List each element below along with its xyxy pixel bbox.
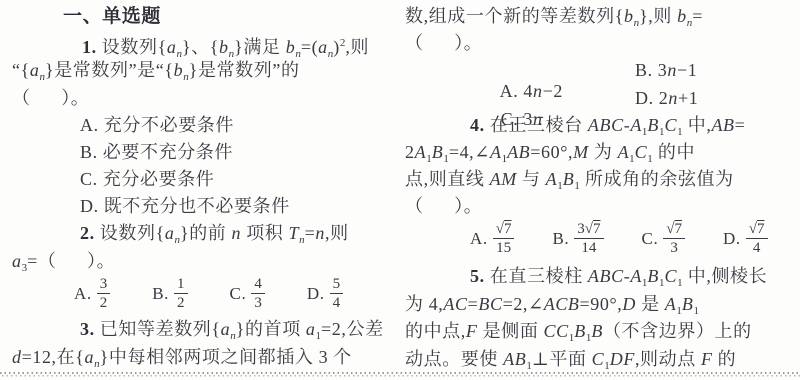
q1-option-a: A. 充分不必要条件 [80,115,234,136]
q2-options-row: A. 3 2 B. 1 2 C. 4 3 [74,276,343,311]
fraction: √7 3 [663,221,685,256]
q4-option-c: C. √7 3 [642,221,686,256]
q1-option-c: C. 充分必要条件 [80,169,214,190]
q2-text-line2: a3=（ ）。 [12,251,115,279]
q4-text-line3: 点,则直线 AM 与 A1B1 所成角的余弦值为 [405,169,734,197]
option-label: C. [230,283,247,304]
q4-text-line1: 4. 在正三棱台 ABC-A1B1C1 中,AB= [470,115,745,143]
fraction: 1 2 [174,276,188,311]
q2-option-c: C. 4 3 [230,276,265,311]
q3-text-line3: 数,组成一个新的等差数列{bn},则 bn= [405,6,703,34]
q5-text-line2: 为 4,AC=BC=2,∠ACB=90°,D 是 A1B1 [405,294,699,322]
dotted-divider [0,372,800,377]
q1-option-b: B. 必要不充分条件 [80,142,233,163]
exam-paper-scan: 一、单选题 1. 设数列{an}、{bn}满足 bn=(an)2,则 “{an}… [0,0,800,380]
fraction-denominator: 4 [333,294,341,311]
q2-text-line1: 2. 设数列{an}的前 n 项积 Tn=n,则 [80,223,349,251]
q4-option-b: B. 3√7 14 [552,221,603,256]
q4-text-line2: 2A1B1=4,∠A1AB=60°,M 为 A1C1 的中 [405,142,695,170]
fraction-numerator: 5 [330,276,344,294]
fraction-denominator: 14 [581,239,596,256]
fraction-denominator: 2 [177,294,185,311]
q2-option-b: B. 1 2 [152,276,187,311]
fraction: √7 4 [746,221,768,256]
q2-option-a: A. 3 2 [74,276,110,311]
left-column: 一、单选题 1. 设数列{an}、{bn}满足 bn=(an)2,则 “{an}… [12,0,397,372]
option-label: C. [642,228,659,249]
q5-text-line3: 的中点,F 是侧面 CC1B1B（不含边界）上的 [405,321,752,349]
fraction-numerator: 3 [97,276,111,294]
q1-option-d: D. 既不充分也不必要条件 [80,196,290,217]
q5-text-line1: 5. 在直三棱柱 ABC-A1B1C1 中,侧棱长 [470,266,767,294]
fraction-numerator: 1 [174,276,188,294]
fraction-denominator: 3 [670,239,678,256]
q1-text-line2: “{an}是常数列”是“{bn}是常数列”的 [12,60,300,88]
fraction-numerator: 3√7 [574,221,603,239]
right-column: 数,组成一个新的等差数列{bn},则 bn= （ ）。 A. 4n−2 B. 3… [405,0,796,372]
fraction-denominator: 2 [100,294,108,311]
fraction: √7 15 [493,221,515,256]
fraction-denominator: 15 [496,239,511,256]
q4-options-row: A. √7 15 B. 3√7 14 C. √7 3 [470,221,768,256]
fraction-denominator: 3 [254,294,262,311]
q2-option-d: D. 5 4 [307,276,343,311]
q3-text-line1: 3. 已知等差数列{an}的首项 a1=2,公差 [80,319,384,347]
fraction-numerator: √7 [746,221,768,239]
option-label: B. [552,228,569,249]
option-label: D. [307,283,325,304]
q1-answer-blank: （ ）。 [12,88,89,109]
fraction-numerator: √7 [663,221,685,239]
fraction-numerator: √7 [493,221,515,239]
option-label: B. [152,283,169,304]
fraction: 3 2 [97,276,111,311]
q3-answer-blank: （ ）。 [405,33,482,54]
fraction: 3√7 14 [574,221,603,256]
option-label: A. [74,283,92,304]
fraction: 5 4 [330,276,344,311]
fraction-denominator: 4 [753,239,761,256]
q4-answer-blank: （ ）。 [405,196,482,217]
option-label: D. [723,228,741,249]
q4-option-a: A. √7 15 [470,221,514,256]
section-heading: 一、单选题 [63,6,161,27]
q3-option-b: B. 3n−1 [635,60,697,81]
q4-option-d: D. √7 4 [723,221,767,256]
q3-option-d: D. 2n+1 [635,88,698,109]
q3-text-line2: d=12,在{an}中每相邻两项之间都插入 3 个 [12,347,352,375]
option-label: A. [470,228,488,249]
fraction-numerator: 4 [251,276,265,294]
fraction: 4 3 [251,276,265,311]
